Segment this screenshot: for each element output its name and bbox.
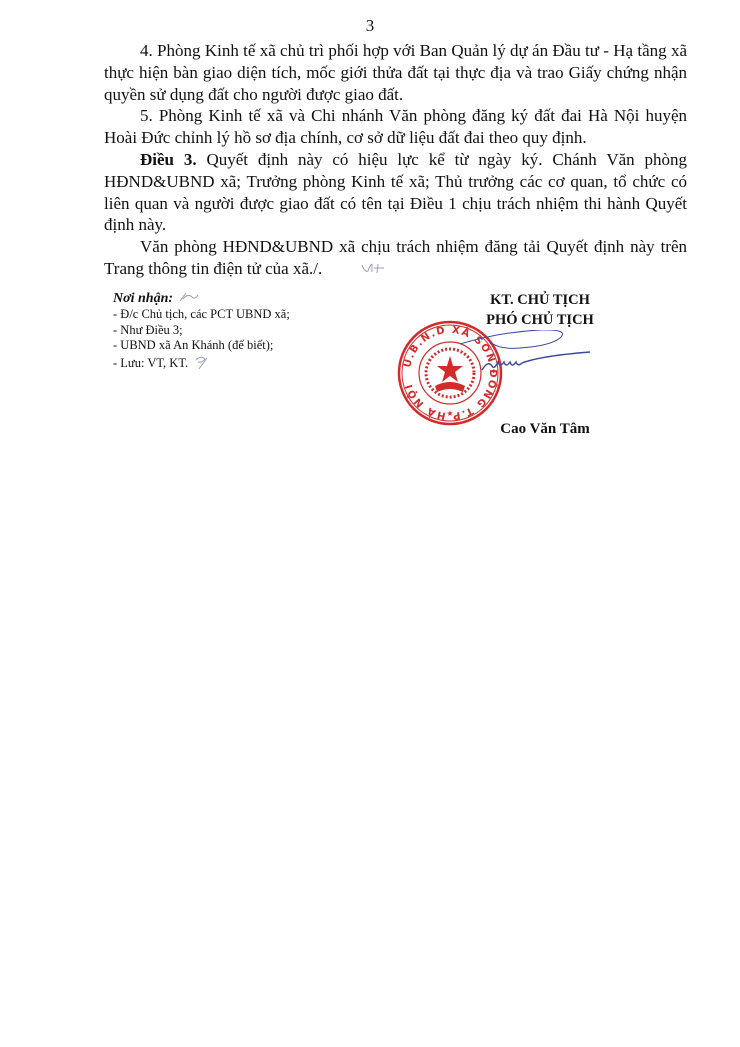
recipient-item: - UBND xã An Khánh (để biết); [113,338,290,354]
paragraph-item-5: 5. Phòng Kinh tế xã và Chi nhánh Văn phò… [104,105,687,149]
signature-title-1: KT. CHỦ TỊCH [440,290,640,310]
handwritten-initial-icon [178,291,200,308]
recipients-header: Nơi nhận: [113,290,290,307]
article-3: Điều 3. Quyết định này có hiệu lực kể từ… [104,149,687,236]
handwritten-initial-icon [193,354,209,375]
document-body: 4. Phòng Kinh tế xã chủ trì phối hợp với… [104,40,687,281]
recipients-title: Nơi nhận: [113,291,173,306]
recipient-item-last: - Lưu: VT, KT. [113,354,290,375]
recipient-item: - Đ/c Chủ tịch, các PCT UBND xã; [113,307,290,323]
publish-paragraph: Văn phòng HĐND&UBND xã chịu trách nhiệm … [104,236,687,281]
page-number: 3 [0,16,740,36]
handwritten-signature-icon [460,330,600,380]
recipient-item: - Như Điều 3; [113,323,290,339]
article-3-label: Điều 3. [140,150,197,169]
recipients-block: Nơi nhận: - Đ/c Chủ tịch, các PCT UBND x… [113,290,290,374]
publish-text: Văn phòng HĐND&UBND xã chịu trách nhiệm … [104,237,687,278]
paragraph-item-4: 4. Phòng Kinh tế xã chủ trì phối hợp với… [104,40,687,105]
recipient-item: - Lưu: VT, KT. [113,356,188,370]
handwritten-initial-icon [324,259,386,281]
svg-text:★: ★ [446,409,453,418]
